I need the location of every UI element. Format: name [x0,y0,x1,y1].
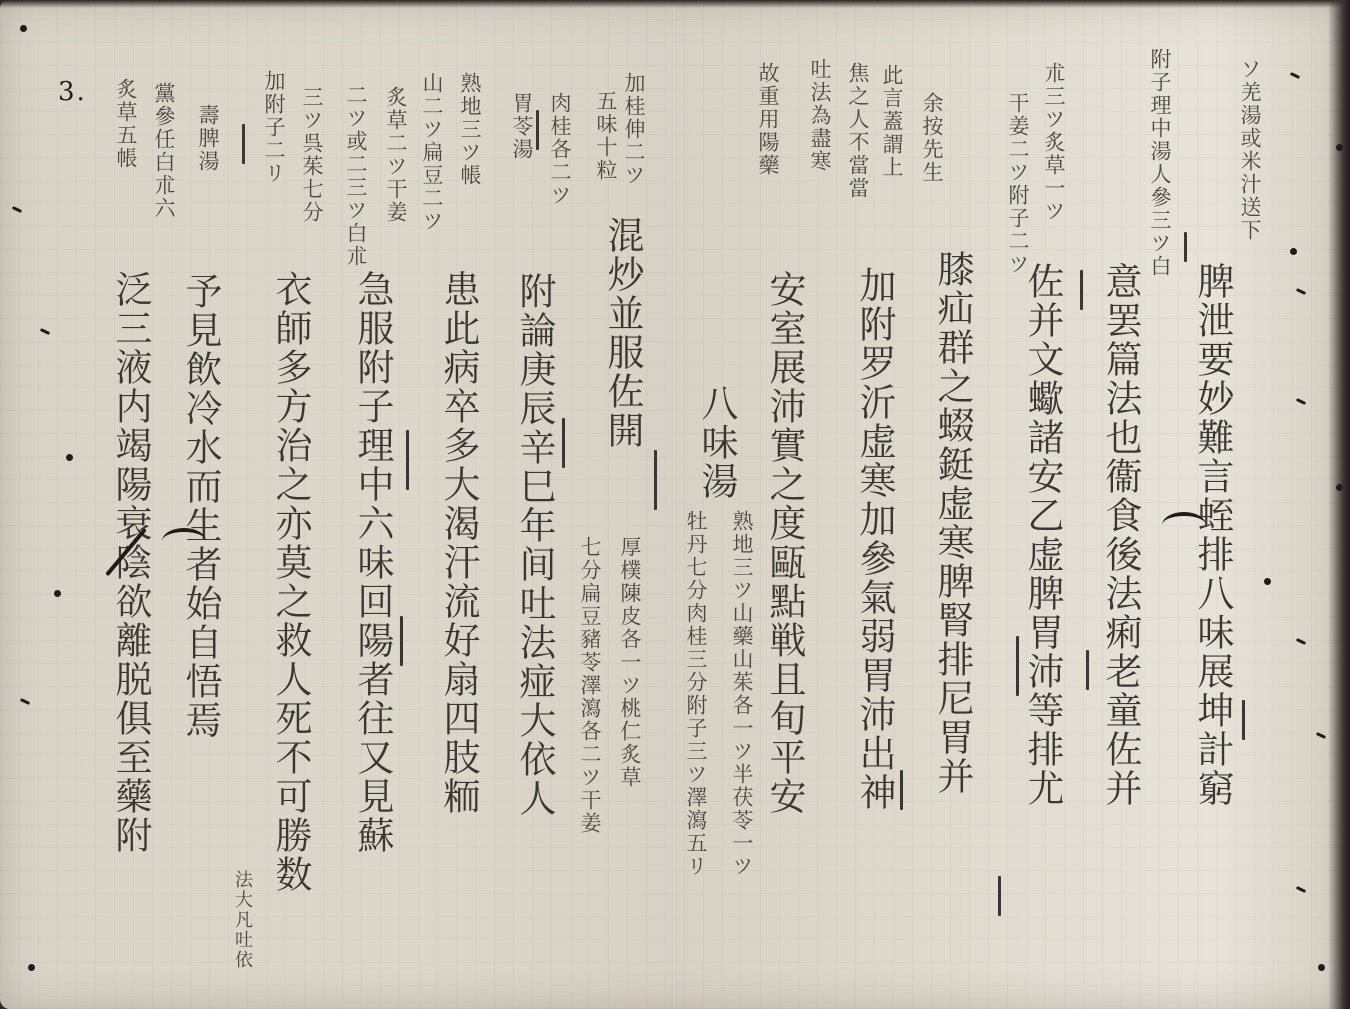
text-column: 意罢篇法也衞食後法痢老童佐并 [1098,262,1142,808]
annotation-column: 三ツ呉茱七分 [300,86,324,224]
ink-dash [1290,72,1300,79]
annotation-column: 焦之人不當當 [846,62,870,200]
annotation-column: 壽脾湯 [196,104,220,173]
manuscript-page: 3. ソ羌湯或米汁送下 附子理中湯人參三ツ白 脾泄要妙難言蛭排八味展坤計窮 朮三… [0,0,1350,1009]
annotation-column: 熟地三ツ山藥山茱各一ツ半茯苓一ツ [730,510,754,878]
ink-dash [20,698,30,705]
text-column: 混炒並服佐開 [600,216,644,450]
ink-dot [1336,144,1343,151]
correction-mark [1184,232,1187,262]
annotation-column: 山二ツ扁豆二ツ [420,72,444,233]
ink-dash [1296,886,1306,893]
correction-mark [400,616,403,666]
annotation-column: 熟地三ツ帳 [458,72,482,187]
annotation-column: 黨參任白朮六 [152,82,176,220]
annotation-column: 肉桂各二ツ [548,92,572,207]
annotation-column: 法大凡吐依 [232,870,252,970]
torn-top-edge [0,0,1350,8]
correction-mark [900,770,903,810]
ink-dot [1290,248,1297,255]
correction-mark [1242,700,1245,740]
annotation-column: 吐法為盡寒 [808,58,832,173]
annotation-column: 五味十粒 [594,90,618,182]
ink-dot [66,454,73,461]
ink-arc [1162,512,1206,538]
annotation-column: ソ羌湯或米汁送下 [1238,58,1262,242]
ink-arc [162,528,206,554]
text-column: 膝疝群之蝃鋌虚寒脾腎排尼胃并 [930,250,974,796]
text-column: 八味湯 [694,384,738,501]
correction-mark [536,110,539,150]
correction-mark [998,876,1001,916]
annotation-column: 炙草二ツ干姜 [384,86,408,224]
text-column: 附論庚辰辛巳年间吐法痖大依人 [512,272,556,818]
torn-right-edge [1328,0,1350,1009]
annotation-column: 七分扁豆豬苓澤瀉各二ツ干姜 [578,536,602,835]
annotation-column: 炙草五帳 [114,78,138,170]
ink-dot [1318,964,1325,971]
annotation-column: 朮三ツ炙草一ツ [1042,62,1066,223]
annotation-column: 厚樸陳皮各一ツ桃仁炙草 [618,536,642,789]
correction-mark [1080,270,1083,310]
ink-dot [54,590,61,597]
correction-mark [1086,650,1089,690]
correction-mark [562,418,565,468]
ink-dash [12,206,22,213]
page-marker: 3. [58,80,87,104]
text-column: 衣師多方治之亦莫之救人死不可勝数 [268,270,312,894]
ink-dash [40,328,50,335]
ink-dot [1264,578,1271,585]
page-fold [672,0,676,1009]
text-column: 患此病卒多大渴汗流好扇四肢粫 [436,270,480,816]
correction-mark [654,450,657,510]
ink-dot [28,964,35,971]
text-column: 予見飲冷水而生者始自悟焉 [178,272,222,740]
annotation-column: 牡丹七分肉桂三分附子三ツ澤瀉五リ [684,510,708,878]
ink-dash [1296,398,1306,405]
correction-mark [242,124,245,164]
text-column: 加附罗沂虚寒加參氣弱胃沛出神 [852,266,896,812]
annotation-column: 加附子二リ [262,70,286,185]
correction-mark [1016,636,1019,696]
ink-dash [1296,638,1306,645]
annotation-column: 此言蓋謂上 [880,64,904,179]
annotation-column: 余按先生 [920,92,944,184]
annotation-column: 加桂伸二ツ [622,72,646,187]
annotation-column: 附子理中湯人參三ツ白 [1148,48,1172,278]
annotation-column: 二ツ或二三ツ白朮 [344,84,368,268]
annotation-column: 故重用陽藥 [756,62,780,177]
ink-dot [1336,484,1343,491]
ink-dash [1296,288,1306,295]
text-column: 安室展沛實之度甌點戦且旬平安 [762,270,806,816]
text-column: 佐并文蠍諸安乙虚脾胃沛等排尤 [1020,262,1064,808]
ink-dot [20,25,27,32]
annotation-column: 干姜二ツ附子二ツ [1006,92,1030,276]
correction-mark [406,430,409,490]
annotation-column: 胃苓湯 [510,92,534,161]
ink-dash [1316,732,1326,739]
text-column: 急服附子理中六味回陽者往又見蘇 [350,270,394,855]
